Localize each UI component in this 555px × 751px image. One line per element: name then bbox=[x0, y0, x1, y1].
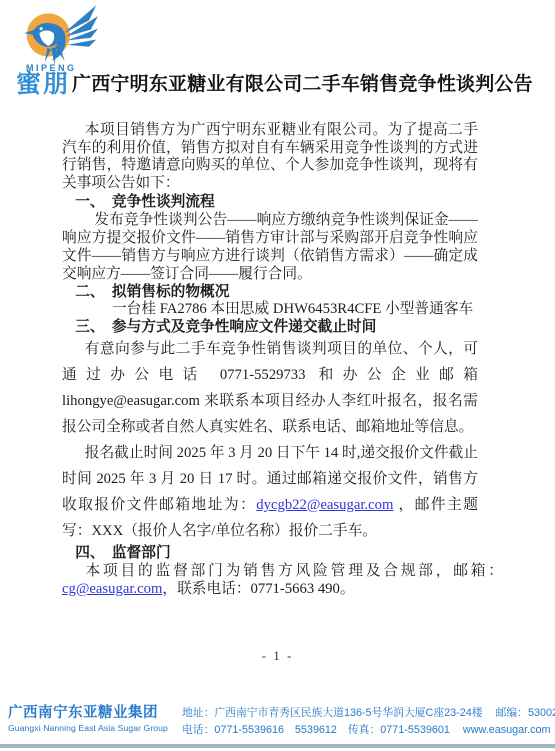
postcode-label: 邮编： bbox=[496, 707, 528, 719]
page-bottom-rule bbox=[0, 744, 555, 748]
website-text: www.easugar.com bbox=[463, 724, 551, 736]
footer-company-name-en: Guangxi Nanning East Asia Sugar Group bbox=[8, 723, 176, 733]
page-number: - 1 - bbox=[0, 648, 555, 664]
vehicle-description: 一台桂 FA2786 本田思威 DHW6453R4CFE 小型普通客车 bbox=[62, 301, 478, 318]
intro-paragraph: 本项目销售方为广西宁明东亚糖业有限公司。为了提高二手汽车的利用价值，销售方拟对自… bbox=[62, 122, 478, 193]
phone-value: 0771-5539616 5539612 bbox=[214, 724, 336, 736]
section-4-heading: 四、 监督部门 bbox=[62, 544, 478, 562]
phone-label: 电话： bbox=[182, 724, 214, 736]
page-title: 广西宁明东亚糖业有限公司二手车销售竞争性谈判公告 bbox=[72, 74, 533, 96]
postcode-value: 530022 bbox=[528, 707, 555, 719]
fax-label: 传真： bbox=[348, 724, 380, 736]
footer-company-name: 广西南宁东亚糖业集团 bbox=[8, 705, 176, 722]
deadline-paragraph: 报名截止时间 2025 年 3 月 20 日下午 14 时,递交报价文件截止时间… bbox=[62, 440, 478, 544]
footer-company-block: 广西南宁东亚糖业集团 Guangxi Nanning East Asia Sug… bbox=[8, 705, 176, 733]
quote-email-link[interactable]: dycgb22@easugar.com bbox=[256, 497, 393, 513]
section-2-heading: 二、 拟销售标的物概况 bbox=[62, 283, 478, 301]
footer: 广西南宁东亚糖业集团 Guangxi Nanning East Asia Sug… bbox=[8, 705, 551, 739]
supervision-text-before: 本项目的监督部门为销售方风险管理及合规部，邮箱： bbox=[86, 563, 503, 579]
footer-phone-line: 电话：0771-5539616 5539612传真：0771-5539601ww… bbox=[182, 722, 555, 739]
section-1-heading: 一、 竞争性谈判流程 bbox=[62, 193, 478, 211]
footer-address-line: 地址：广西南宁市青秀区民族大道136-5号华润大厦C座23-24楼邮编：5300… bbox=[182, 705, 555, 722]
document-page: MIPENG 蜜朋 广西宁明东亚糖业有限公司二手车销售竞争性谈判公告 本项目销售… bbox=[0, 0, 555, 751]
supervision-text-after: ，联系电话：0771-5663 490。 bbox=[162, 581, 354, 597]
registration-paragraph: 有意向参与此二手车竞争性销售谈判项目的单位、个人，可通过办公电话 0771-55… bbox=[62, 336, 478, 440]
document-body: 本项目销售方为广西宁明东亚糖业有限公司。为了提高二手汽车的利用价值，销售方拟对自… bbox=[62, 122, 478, 599]
address-label: 地址： bbox=[182, 707, 214, 719]
section-1-paragraph: 发布竞争性谈判公告——响应方缴纳竞争性谈判保证金——响应方提交报价文件——销售方… bbox=[62, 211, 478, 283]
mipeng-bird-logo-icon bbox=[24, 5, 98, 65]
section-3-heading: 三、 参与方式及竞争性响应文件递交截止时间 bbox=[62, 318, 478, 336]
footer-contact-block: 地址：广西南宁市青秀区民族大道136-5号华润大厦C座23-24楼邮编：5300… bbox=[182, 705, 555, 739]
fax-value: 0771-5539601 bbox=[380, 724, 450, 736]
logo-wordmark-cn: 蜜朋 bbox=[16, 72, 70, 97]
supervision-paragraph: 本项目的监督部门为销售方风险管理及合规部，邮箱：cg@easugar.com，联… bbox=[62, 562, 503, 599]
supervision-email-link[interactable]: cg@easugar.com bbox=[62, 581, 162, 597]
address-value: 广西南宁市青秀区民族大道136-5号华润大厦C座23-24楼 bbox=[214, 707, 482, 719]
